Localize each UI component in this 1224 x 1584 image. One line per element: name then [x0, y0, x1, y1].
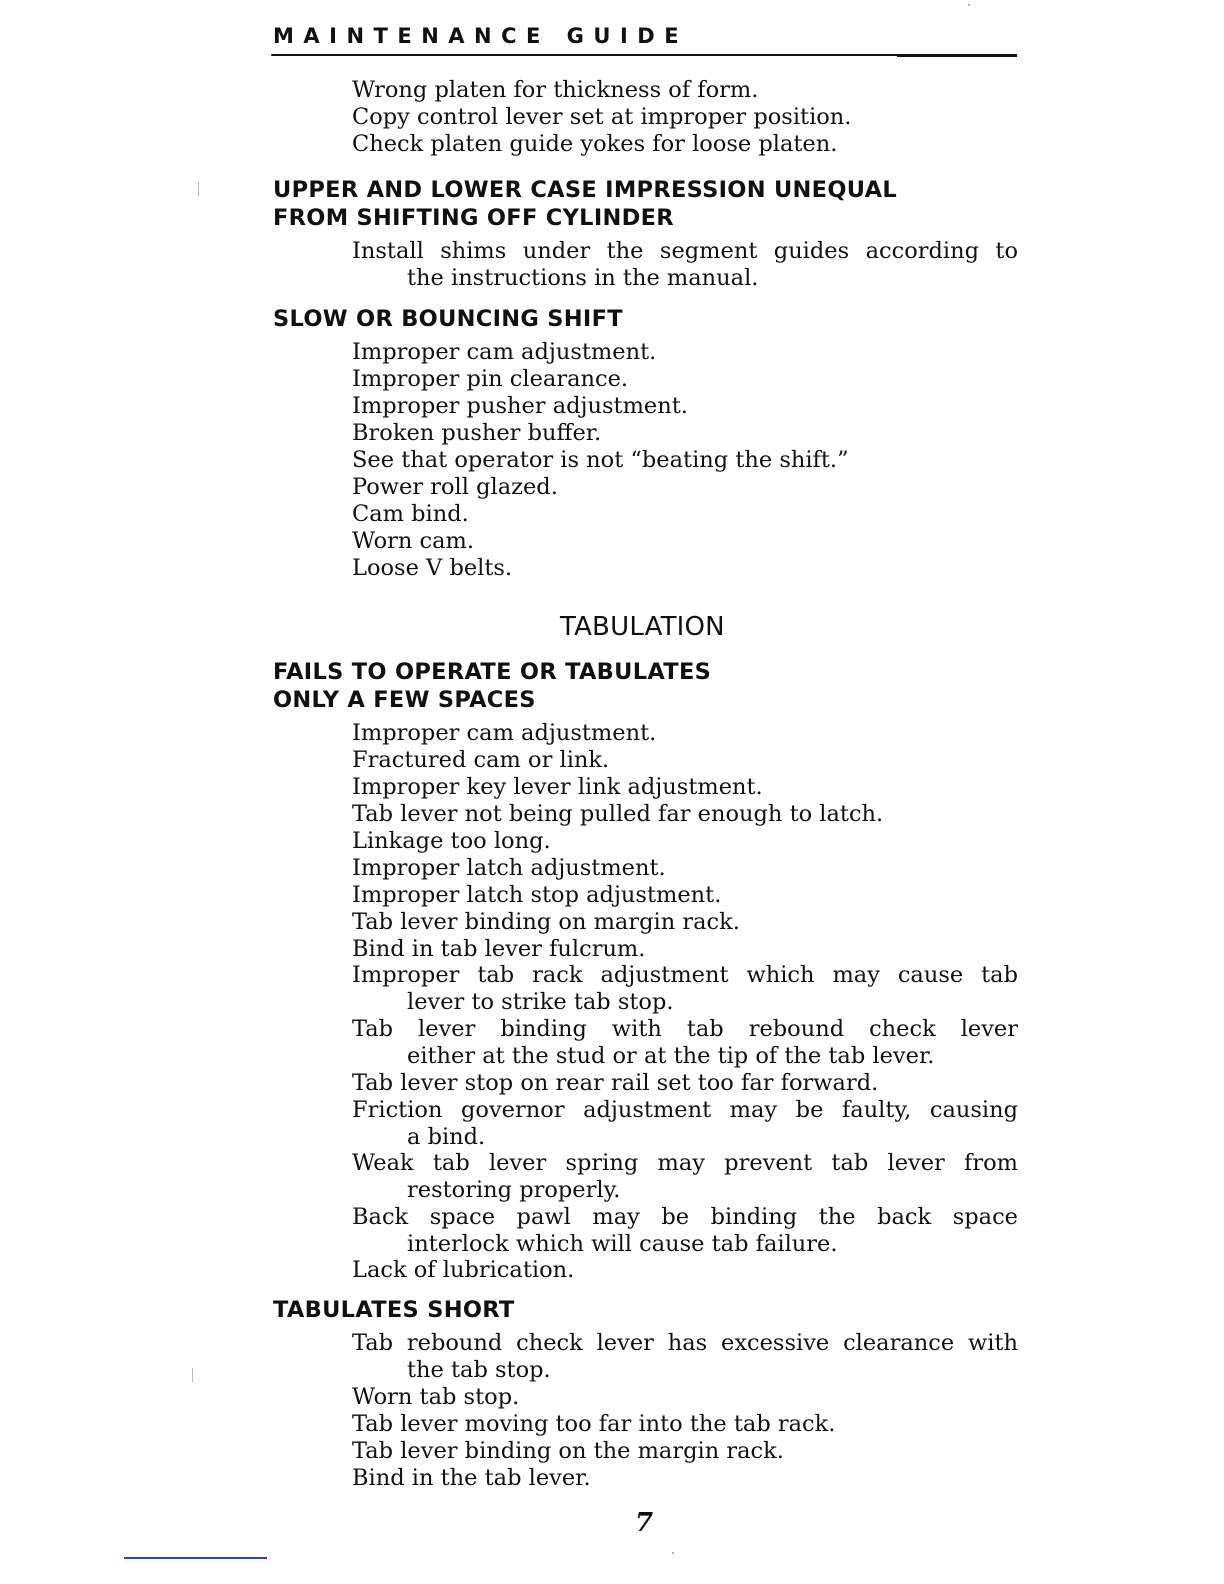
margin-mark	[198, 182, 199, 196]
scan-speck	[968, 4, 970, 6]
list-item: Bind in tab lever fulcrum.	[352, 936, 645, 963]
document-page: MAINTENANCE GUIDE Wrong platen for thick…	[0, 0, 1224, 1584]
link-underline[interactable]	[124, 1557, 267, 1559]
list-item: Power roll glazed.	[352, 474, 558, 501]
running-head: MAINTENANCE GUIDE	[273, 24, 688, 48]
list-item: Improper cam adjustment.	[352, 720, 656, 747]
header-rule	[271, 54, 1017, 56]
list-item: Bind in the tab lever.	[352, 1465, 591, 1492]
section-heading: TABULATES SHORT	[273, 1296, 515, 1324]
list-item: Tab lever moving too far into the tab ra…	[352, 1411, 835, 1438]
list-item: Improper key lever link adjustment.	[352, 774, 763, 801]
list-item-continuation: either at the stud or at the tip of the …	[407, 1043, 934, 1070]
page-number: 7	[635, 1508, 653, 1538]
list-item: Linkage too long.	[352, 828, 551, 855]
list-item: Tab lever binding with tab rebound check…	[352, 1016, 1018, 1043]
scan-speck	[672, 1552, 674, 1554]
list-item: Lack of lubrication.	[352, 1257, 574, 1284]
chapter-title: TABULATION	[560, 612, 725, 642]
list-item: Check platen guide yokes for loose plate…	[352, 131, 837, 158]
list-item: Loose V belts.	[352, 555, 512, 582]
list-item: Back space pawl may be binding the back …	[352, 1204, 1018, 1231]
list-item: Tab lever binding on margin rack.	[352, 909, 740, 936]
section-heading: FAILS TO OPERATE OR TABULATES	[273, 658, 711, 686]
list-item: Tab lever binding on the margin rack.	[352, 1438, 784, 1465]
list-item: Improper latch stop adjustment.	[352, 882, 721, 909]
list-item-continuation: restoring properly.	[407, 1177, 620, 1204]
list-item: Improper pusher adjustment.	[352, 393, 688, 420]
list-item: Tab rebound check lever has excessive cl…	[352, 1330, 1018, 1357]
section-heading: ONLY A FEW SPACES	[273, 686, 536, 714]
margin-mark	[192, 1368, 193, 1382]
section-heading: SLOW OR BOUNCING SHIFT	[273, 305, 623, 333]
list-item: Fractured cam or link.	[352, 747, 609, 774]
list-item: See that operator is not “beating the sh…	[352, 447, 849, 474]
list-item: Friction governor adjustment may be faul…	[352, 1097, 1018, 1124]
list-item: Improper latch adjustment.	[352, 855, 666, 882]
list-item: Cam bind.	[352, 501, 469, 528]
list-item: Tab lever stop on rear rail set too far …	[352, 1070, 878, 1097]
list-item: Worn tab stop.	[352, 1384, 519, 1411]
list-item: Install shims under the segment guides a…	[352, 238, 1018, 265]
list-item-continuation: interlock which will cause tab failure.	[407, 1231, 838, 1258]
list-item: Tab lever not being pulled far enough to…	[352, 801, 883, 828]
list-item: Worn cam.	[352, 528, 474, 555]
list-item-continuation: the tab stop.	[407, 1357, 551, 1384]
list-item: Improper pin clearance.	[352, 366, 628, 393]
list-item: Improper cam adjustment.	[352, 339, 656, 366]
list-item-continuation: the instructions in the manual.	[407, 265, 758, 292]
list-item: Weak tab lever spring may prevent tab le…	[352, 1150, 1018, 1177]
list-item-continuation: a bind.	[407, 1124, 485, 1151]
list-item: Wrong platen for thickness of form.	[352, 77, 758, 104]
list-item-continuation: lever to strike tab stop.	[407, 989, 674, 1016]
list-item: Copy control lever set at improper posit…	[352, 104, 851, 131]
section-heading: FROM SHIFTING OFF CYLINDER	[273, 204, 674, 232]
section-heading: UPPER AND LOWER CASE IMPRESSION UNEQUAL	[273, 176, 897, 204]
list-item: Improper tab rack adjustment which may c…	[352, 962, 1018, 989]
list-item: Broken pusher buffer.	[352, 420, 601, 447]
